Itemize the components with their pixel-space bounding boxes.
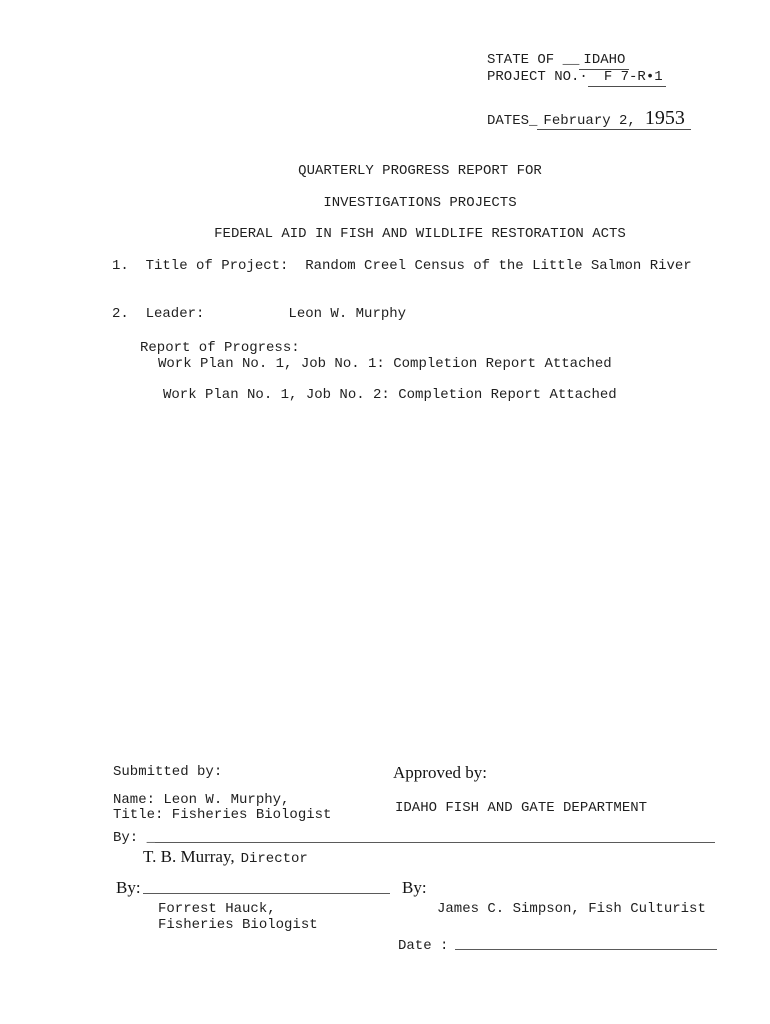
submitter-name-line: Name: Leon W. Murphy, (113, 792, 289, 808)
state-of-line: STATE OF __IDAHO (487, 52, 629, 68)
dates-year: 1953 (645, 107, 685, 129)
signer-1: T. B. Murray,Director (143, 847, 308, 867)
report-of-progress-label: Report of Progress: (140, 340, 300, 356)
dates-month: February 2, (543, 113, 635, 129)
signer-1-title: Director (241, 851, 308, 867)
signer-3-name: James C. Simpson, Fish Culturist (437, 901, 706, 917)
signer-2-name: Forrest Hauck, (158, 901, 276, 917)
document-page: STATE OF __IDAHO PROJECT NO.·F 7-R•1 DAT… (0, 0, 770, 1024)
leader-item: 2. Leader: Leon W. Murphy (112, 306, 406, 322)
approved-by-label: Approved by: (393, 763, 487, 782)
state-label: STATE OF __ (487, 52, 579, 68)
state-value: IDAHO (579, 52, 629, 70)
signer-1-name: T. B. Murray, (143, 847, 235, 866)
report-title-line-2: INVESTIGATIONS PROJECTS (70, 195, 770, 211)
department-name: IDAHO FISH AND GATE DEPARTMENT (395, 800, 647, 816)
date-line (455, 936, 717, 950)
dates-value: February 2,1953 (537, 110, 690, 130)
project-no-value: F 7-R•1 (588, 69, 666, 87)
signer-2-title: Fisheries Biologist (158, 917, 318, 933)
submitted-by-label: Submitted by: (113, 764, 222, 780)
report-title-line-1: QUARTERLY PROGRESS REPORT FOR (70, 163, 770, 179)
dates-label: DATES_ (487, 113, 537, 129)
submitter-title-line: Title: Fisheries Biologist (113, 807, 331, 823)
report-title-line-3: FEDERAL AID IN FISH AND WILDLIFE RESTORA… (70, 226, 770, 242)
by-label-2: By: (116, 878, 141, 897)
signature-line-2 (143, 880, 390, 894)
dates-line: DATES_February 2,1953 (487, 110, 691, 130)
project-no-label: PROJECT NO.· (487, 69, 588, 85)
signature-line-1 (155, 841, 715, 843)
work-plan-item-1: Work Plan No. 1, Job No. 1: Completion R… (158, 356, 612, 372)
date-label: Date : (398, 938, 457, 954)
project-no-line: PROJECT NO.·F 7-R•1 (487, 69, 666, 85)
by-label-1: By: _ (113, 830, 155, 846)
by-label-3: By: (402, 878, 427, 897)
work-plan-item-2: Work Plan No. 1, Job No. 2: Completion R… (163, 387, 617, 403)
title-of-project-item: 1. Title of Project: Random Creel Census… (112, 258, 692, 274)
signature-row-submitted: By: _ (113, 830, 715, 846)
